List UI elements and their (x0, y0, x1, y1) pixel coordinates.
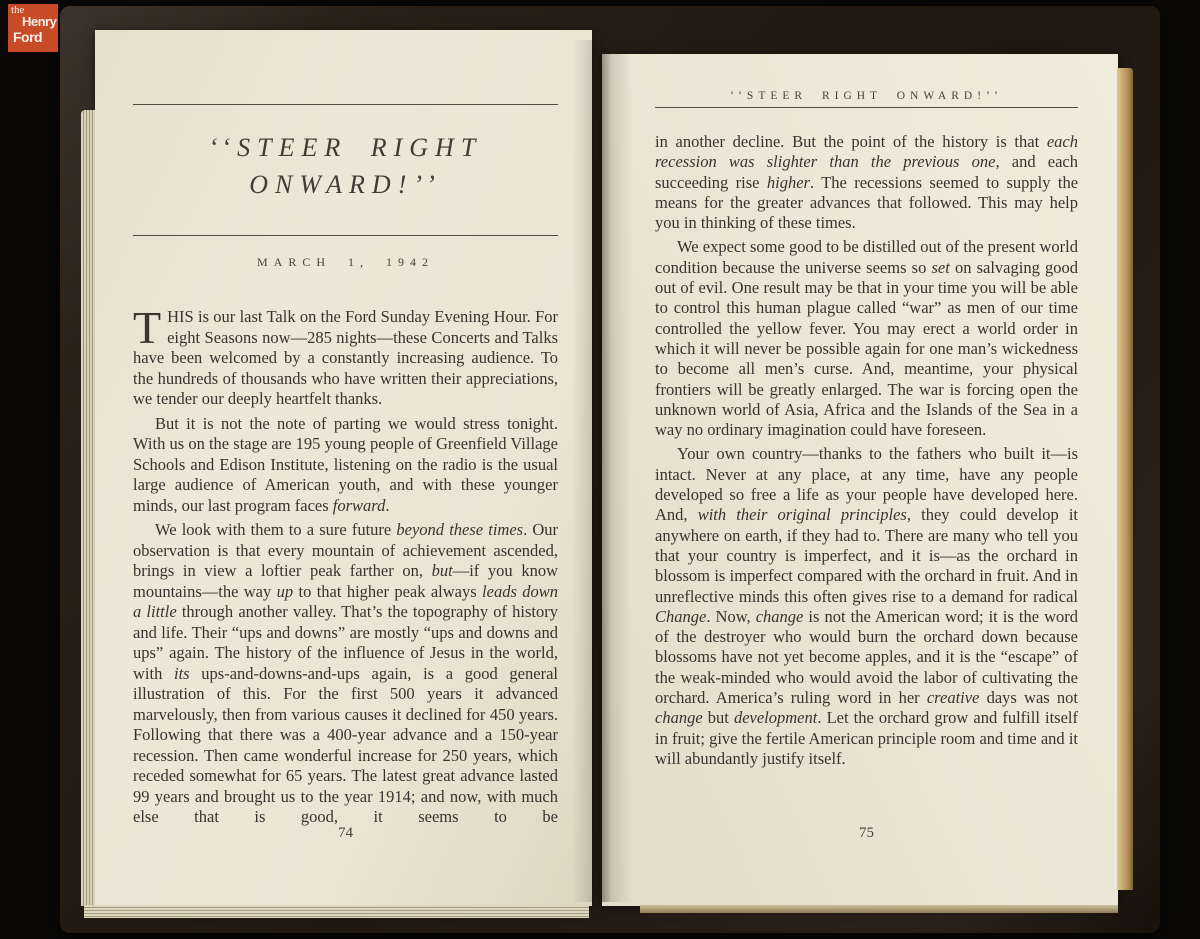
chapter-title: ‘‘STEER RIGHT ONWARD!’’ (133, 129, 558, 203)
body-paragraph: THIS is our last Talk on the Ford Sunday… (133, 307, 558, 410)
page-number-right: 75 (655, 825, 1078, 842)
body-paragraph: Your own country—thanks to the fathers w… (655, 444, 1078, 769)
title-rule-bottom (133, 235, 558, 236)
logo-word-ford: Ford (13, 29, 42, 45)
paragraph-text: HIS is our last Talk on the Ford Sunday … (133, 307, 558, 408)
left-page-fore-edge (81, 110, 95, 906)
body-paragraph: But it is not the note of parting we wou… (133, 414, 558, 517)
right-page-bottom-edge (640, 905, 1118, 913)
body-paragraph: We expect some good to be distilled out … (655, 237, 1078, 440)
right-page-body: in another decline. But the point of the… (655, 132, 1078, 769)
logo-word-henry: Henry (22, 14, 56, 29)
drop-cap: T (133, 307, 167, 346)
chapter-date: MARCH 1, 1942 (133, 255, 558, 270)
right-page: ‘‘STEER RIGHT ONWARD!’’ in another decli… (602, 54, 1118, 906)
chapter-title-line1: ‘‘STEER RIGHT (133, 129, 558, 166)
body-paragraph: in another decline. But the point of the… (655, 132, 1078, 233)
left-page-body: THIS is our last Talk on the Ford Sunday… (133, 307, 558, 828)
running-header-rule (655, 107, 1078, 108)
book-photograph: ‘‘STEER RIGHT ONWARD!’’ MARCH 1, 1942 TH… (0, 0, 1200, 939)
henry-ford-logo: the Henry Ford (8, 4, 58, 52)
title-rule-top (133, 104, 558, 105)
left-page: ‘‘STEER RIGHT ONWARD!’’ MARCH 1, 1942 TH… (95, 30, 592, 906)
page-number-left: 74 (133, 825, 558, 842)
chapter-title-line2: ONWARD!’’ (133, 166, 558, 203)
right-page-fore-edge (1117, 68, 1133, 890)
left-page-bottom-edge (84, 905, 589, 918)
running-header: ‘‘STEER RIGHT ONWARD!’’ (655, 90, 1078, 102)
body-paragraph: We look with them to a sure future beyon… (133, 520, 558, 828)
